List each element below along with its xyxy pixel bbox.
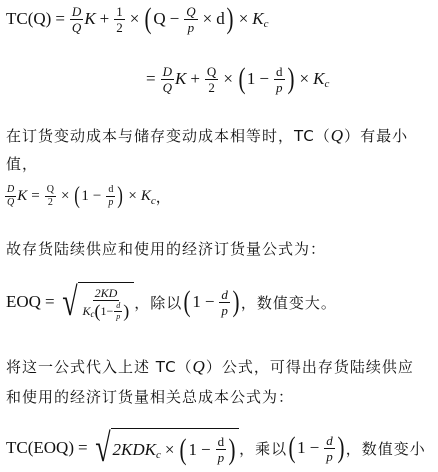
minus-sign: − <box>205 292 215 312</box>
fraction-d-over-p: d p <box>114 302 122 321</box>
fraction-2kd-over-kc: 2KD Kc (1− d p ) <box>81 287 132 321</box>
plus-sign: + <box>100 9 110 29</box>
times-sign: × <box>300 69 310 89</box>
formula-tc-q: TC(Q) = D Q K + 1 2 × ( Q − Q p × d ) × … <box>6 4 269 34</box>
var-k: K <box>84 9 95 29</box>
paragraph-eoq-intro: 故存货陆续供应和使用的经济订货量公式为： <box>6 238 326 259</box>
fraction-d-over-p: d p <box>274 65 285 94</box>
formula-equality-condition: D Q K = Q 2 × ( 1 − d p ) × Kc， <box>4 184 171 208</box>
subscript-c: c <box>264 18 269 30</box>
times-sign: × <box>203 9 213 29</box>
paragraph-total-cost-intro: 将这一公式代入上述 TC（Q）公式，可得出存货陆续供应 和使用的经济订货量相关总… <box>6 352 414 412</box>
tc-eoq-label: TC(EOQ) <box>6 438 74 458</box>
paren-open: ( <box>289 433 296 463</box>
fraction-d-over-p: d p <box>324 434 335 463</box>
minus-sign: − <box>201 440 211 460</box>
paren-close: ) <box>123 302 129 320</box>
tc-label: TC（ <box>156 358 193 376</box>
expr-2kdkc: 2KDK <box>113 440 156 460</box>
equals-sign: = <box>78 438 88 458</box>
subscript-c: c <box>151 195 156 207</box>
minus-sign: − <box>259 69 269 89</box>
times-sign: × <box>128 188 136 205</box>
subscript-c: c <box>91 310 95 319</box>
text: 将这一公式代入上述 <box>6 358 156 376</box>
paren-open: ( <box>238 64 245 94</box>
text: ）公式，可得出存货陆续供应 <box>206 358 414 376</box>
comma: ， <box>156 186 171 207</box>
subscript-c: c <box>156 449 161 461</box>
number-one: 1 <box>188 440 197 460</box>
tc-q-label: TC(Q) <box>6 9 51 29</box>
paragraph-minimum-condition: 在订货变动成本与储存变动成本相等时，TC（Q）有最小 值， <box>6 122 408 178</box>
var-q: Q <box>153 9 165 29</box>
fraction-d-over-q: D Q <box>5 185 16 208</box>
times-sign: × <box>223 69 233 89</box>
radicand: 2KD Kc (1− d p ) <box>78 282 135 322</box>
minus-sign: − <box>310 438 320 458</box>
paren-close: ) <box>337 433 344 463</box>
paragraph-line-1: 将这一公式代入上述 TC（Q）公式，可得出存货陆续供应 <box>6 352 414 382</box>
var-q: Q <box>193 357 206 376</box>
var-kc: K <box>141 188 151 205</box>
times-sign: × <box>239 9 249 29</box>
paren-open: ( <box>184 287 191 317</box>
equals-sign: = <box>146 69 156 89</box>
number-one: 1 <box>81 188 89 205</box>
number-one: 1 <box>192 292 201 312</box>
radical-sign-icon: √ <box>62 282 77 322</box>
equals-sign: = <box>55 9 65 29</box>
var-k: K <box>17 188 27 205</box>
equals-sign: = <box>45 292 55 312</box>
plus-sign: + <box>190 69 200 89</box>
text: ，数值变小 <box>346 438 426 459</box>
minus-sign: − <box>93 188 101 205</box>
minus-sign: − <box>170 9 180 29</box>
times-sign: × <box>165 440 175 460</box>
formula-eoq: EOQ = √ 2KD Kc (1− d p ) ，除以 ( 1 − d p )… <box>6 282 337 322</box>
fraction-q-over-2: Q 2 <box>205 65 218 94</box>
paren-open: ( <box>145 4 152 34</box>
text: 在订货变动成本与储存变动成本相等时， <box>6 127 294 145</box>
var-kc: K <box>252 9 263 29</box>
var-k: K <box>175 69 186 89</box>
square-root: √ 2KDKc × ( 1 − d p ) <box>92 428 240 468</box>
number-one: 1 <box>297 438 306 458</box>
paragraph-line-1: 在订货变动成本与储存变动成本相等时，TC（Q）有最小 <box>6 122 408 150</box>
number-one: 1 <box>247 69 256 89</box>
times-sign: × <box>61 188 69 205</box>
var-kc: K <box>313 69 324 89</box>
fraction-d-over-p: d p <box>219 288 230 317</box>
subscript-c: c <box>324 78 329 90</box>
var-q: Q <box>331 126 344 145</box>
times-sign: × <box>130 9 140 29</box>
equals-sign: = <box>31 188 39 205</box>
paren-open: ( <box>180 435 187 465</box>
text: ，除以 <box>134 292 182 313</box>
formula-tc-q-simplified: = D Q K + Q 2 × ( 1 − d p ) × Kc <box>142 64 329 94</box>
radical-sign-icon: √ <box>95 428 110 468</box>
fraction-d-over-p: d p <box>216 435 227 464</box>
var-d: d <box>216 9 225 29</box>
fraction-q-over-p: Q p <box>184 5 197 34</box>
paren-close: ) <box>232 287 239 317</box>
fraction-d-over-q: D Q <box>161 65 174 94</box>
eoq-label: EOQ <box>6 292 41 312</box>
minus-sign: − <box>107 305 114 317</box>
fraction-half: 1 2 <box>114 5 125 34</box>
var-kc: K <box>83 305 91 317</box>
fraction-d-over-p: d p <box>106 185 115 208</box>
paragraph-line-2: 值， <box>6 150 408 178</box>
paren-close: ) <box>287 64 294 94</box>
text: ，数值变大。 <box>241 292 337 313</box>
fraction-q-over-2: Q 2 <box>45 185 56 208</box>
paren-close: ) <box>118 184 124 208</box>
paren-close: ) <box>229 435 236 465</box>
formula-tc-eoq: TC(EOQ) = √ 2KDKc × ( 1 − d p ) ，乘以 ( 1 … <box>6 428 426 468</box>
fraction-d-over-q: D Q <box>70 5 83 34</box>
text: ，乘以 <box>239 438 287 459</box>
radicand: 2KDKc × ( 1 − d p ) <box>111 428 240 468</box>
paragraph-line-2: 和使用的经济订货量相关总成本公式为： <box>6 382 414 412</box>
paren-open: ( <box>75 184 81 208</box>
square-root: √ 2KD Kc (1− d p ) <box>59 282 135 322</box>
paren-close: ) <box>226 4 233 34</box>
text: ）有最小 <box>344 127 408 145</box>
tc-label: TC（ <box>294 127 331 145</box>
